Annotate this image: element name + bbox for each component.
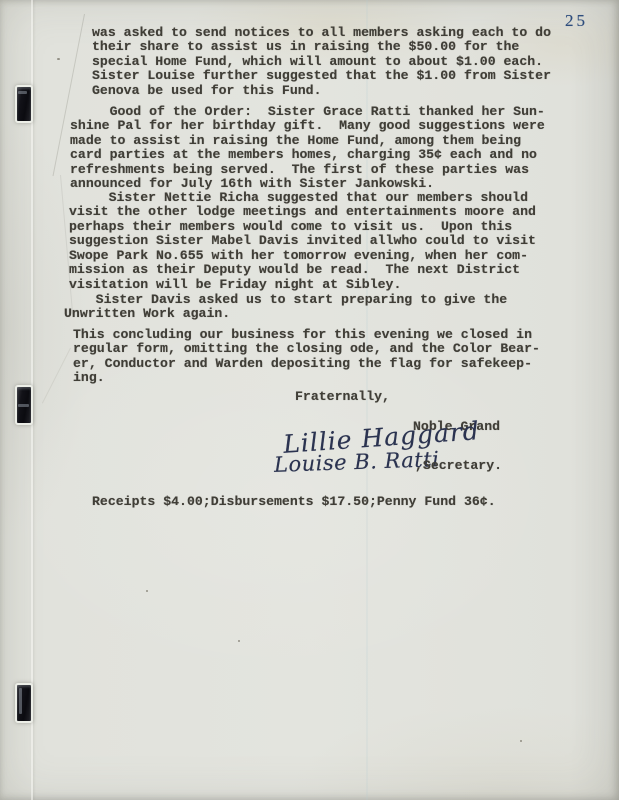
paragraph-closing-business: This concluding our business for this ev… bbox=[73, 328, 540, 386]
crease-line bbox=[42, 348, 71, 404]
binding-hole bbox=[15, 683, 33, 723]
paper-speck bbox=[146, 590, 148, 592]
paragraph-lodge-visits: Sister Nettie Richa suggested that our m… bbox=[69, 191, 536, 292]
binding-hole bbox=[15, 85, 33, 123]
binding-hole bbox=[15, 385, 33, 425]
paper-speck bbox=[238, 640, 240, 642]
paragraph-home-fund: was asked to send notices to all members… bbox=[92, 26, 551, 98]
paper-speck bbox=[57, 58, 60, 60]
scanned-minutes-page: 25 was asked to send notices to all memb… bbox=[0, 0, 619, 800]
secretary-title: ,Secretary. bbox=[415, 459, 502, 473]
paragraph-good-of-the-order: Good of the Order: Sister Grace Ratti th… bbox=[70, 105, 545, 192]
page-number: 25 bbox=[565, 11, 588, 31]
closing-salutation: Fraternally, bbox=[295, 390, 390, 404]
paragraph-unwritten-work: Sister Davis asked us to start preparing… bbox=[64, 293, 507, 322]
paper-speck bbox=[520, 740, 522, 742]
financial-summary: Receipts $4.00;Disbursements $17.50;Penn… bbox=[92, 495, 496, 509]
